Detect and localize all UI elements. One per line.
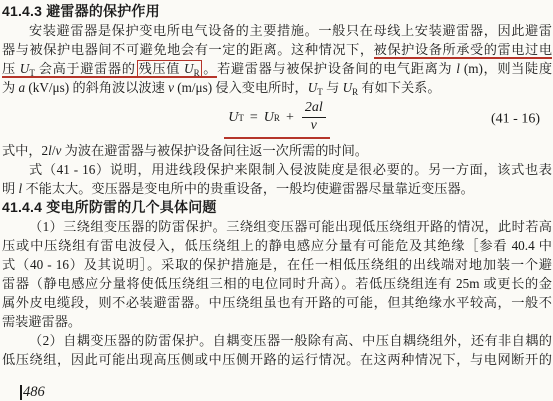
red-underline-annotation: 压 UT 会高于避雷器的残压值 UR。: [2, 61, 217, 78]
equation-41-16-red-underlined: UT=UR+2alv: [224, 99, 329, 138]
text-line: 式（41 - 16）说明，用进线段保护来限制入侵波陡度是很必要的。另一方面，该式…: [2, 160, 552, 179]
subscript-R: R: [194, 68, 200, 78]
var-U: U: [228, 108, 238, 127]
page-footer: 486: [2, 383, 552, 401]
var-U: U: [308, 80, 318, 95]
var-U: U: [20, 61, 30, 76]
text-segment: 与: [323, 80, 343, 95]
var-U: U: [184, 61, 194, 76]
text-segment: 式中，2: [2, 143, 48, 158]
text-segment: 。: [203, 61, 217, 76]
text-segment: 为: [2, 80, 18, 95]
text-segment: 不能太大。变压器是变电所中的贵重设备，一般均使避雷器尽量靠近变压器。: [22, 181, 474, 196]
text-segment: 残压值: [139, 61, 184, 76]
equation-number: (41 - 16): [491, 110, 540, 129]
section-heading-41-4-4: 41.4.4 变电所防雷的几个具体问题: [2, 198, 552, 217]
fraction-denominator: v: [302, 118, 326, 134]
text-segment: 压: [2, 61, 20, 76]
text-line: 器与被保护电器间不可避免地会有一定的距离。这种情况下，被保护设备所承受的雷电过电: [2, 40, 552, 59]
text-segment: 有如下关系。: [358, 80, 440, 95]
text-segment: 若避雷器与被保护设备间的电气距离为: [217, 61, 456, 76]
text-segment: 会高于避雷器的: [35, 61, 136, 76]
text-line: 安装避雷器是保护变电所电气设备的主要措施。一般只在母线上安装避雷器，因此避雷: [2, 21, 552, 40]
plus-sign: +: [286, 108, 294, 127]
document-page: 41.4.3 避雷器的保护作用 安装避雷器是保护变电所电气设备的主要措施。一般只…: [0, 0, 553, 401]
page-number-tick-mark: [20, 385, 22, 400]
text-line: 式中，2l/v 为波在避雷器与被保护设备间往返一次所需的时间。: [2, 141, 552, 160]
text-segment: (kV/μs) 的斜角波以波速: [25, 80, 168, 95]
equation-row: UT=UR+2alv (41 - 16): [2, 97, 552, 141]
text-line: 为 a (kV/μs) 的斜角波以波速 v (m/μs) 侵入变电所时，UT 与…: [2, 78, 552, 97]
fraction-numerator: 2al: [302, 101, 326, 118]
text-segment: (m)，则当陡度: [460, 61, 552, 76]
text-segment: 明: [2, 181, 18, 196]
text-line: 式（40 - 16）及其说明］。采取的保护措施是，在任一相低压绕组的出线端对地加…: [2, 255, 552, 274]
text-line: 低压绕组，因此可能出现高压侧或中压侧开路的运行情况。在这两种情况下，与电网断开的: [2, 350, 552, 369]
text-line: （2）自耦变压器的防雷保护。自耦变压器一般除有高、中压自耦绕组外，还有非自耦的: [2, 331, 552, 350]
section-heading-41-4-3: 41.4.3 避雷器的保护作用: [2, 2, 552, 21]
page-number: 486: [23, 383, 45, 401]
var-U: U: [264, 108, 274, 127]
equals-sign: =: [250, 108, 258, 127]
text-line: （1）三绕组变压器的防雷保护。三绕组变压器可能出现低压绕组开路的情况，此时若高: [2, 217, 552, 236]
text-line: 需装避雷器。: [2, 312, 552, 331]
text-line: 属外皮电缆段，则不必装避雷器。中压绕组虽也有开路的可能，但其绝缘水平较高，一般不: [2, 293, 552, 312]
red-underline-annotation: 被保护设备所承受的雷电过电: [374, 42, 552, 59]
text-segment: 为波在避雷器与被保护设备间往返一次所需的时间。: [61, 143, 368, 158]
fraction: 2alv: [302, 101, 326, 133]
text-line: 明 l 不能太大。变压器是变电所中的贵重设备，一般均使避雷器尽量靠近变压器。: [2, 179, 552, 198]
text-segment: (m/μs) 侵入变电所时，: [174, 80, 308, 95]
text-line: 压 UT 会高于避雷器的残压值 UR。若避雷器与被保护设备间的电气距离为 l (…: [2, 59, 552, 78]
text-segment: 器与被保护电器间不可避免地会有一定的距离。这种情况下，: [2, 42, 374, 57]
var-U: U: [343, 80, 353, 95]
red-box-annotation: 残压值 UR: [137, 60, 202, 77]
text-line: 压或中压绕组有雷电波侵入，低压绕组上的静电感应分量有可能危及其绝缘［参看 40.…: [2, 236, 552, 255]
text-line: 雷器（静电感应分量将使低压绕组三相的电位同时升高）。若低压绕组连有 25m 或更…: [2, 274, 552, 293]
